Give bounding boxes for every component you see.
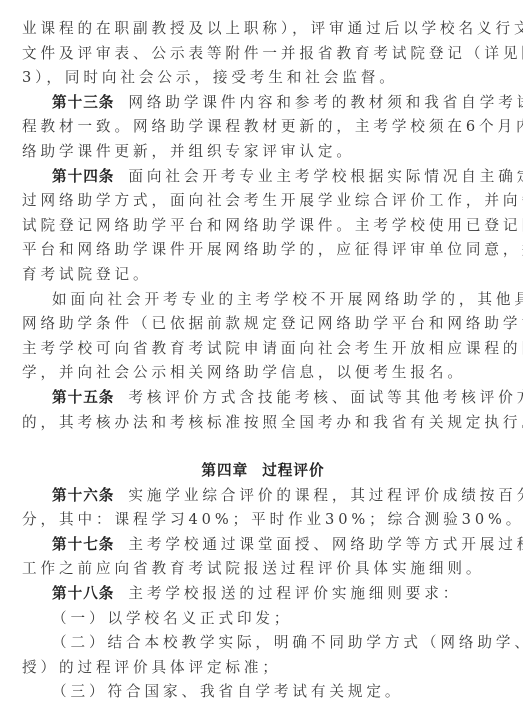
text-line: 网络助学条件（已依据前款规定登记网络助学平台和网络助学课件）的 — [22, 312, 468, 337]
text-line: 网络助学课件内容和参考的教材须和我省自学考试课 — [128, 94, 523, 111]
article-label: 第十四条 — [52, 168, 114, 185]
text-line: 3），同时向社会公示，接受考生和社会监督。 — [22, 66, 468, 91]
text-line: 试院登记网络助学平台和网络助学课件。主考学校使用已登记网络助学 — [22, 214, 468, 239]
text-line: 程教材一致。网络助学课程教材更新的，主考学校须在6个月内完成网 — [22, 115, 468, 140]
text-line: 面向社会开考专业主考学校根据实际情况自主确定通 — [128, 168, 523, 185]
text-line: 实施学业综合评价的课程，其过程评价成绩按百分制计 — [128, 487, 523, 504]
article-18: 第十八条主考学校报送的过程评价实施细则要求： — [22, 582, 468, 607]
chapter-title: 过程评价 — [262, 462, 324, 479]
text-line: 主考学校通过课堂面授、网络助学等方式开展过程评价 — [128, 536, 523, 553]
article-16: 第十六条实施学业综合评价的课程，其过程评价成绩按百分制计 — [22, 484, 468, 509]
text-line: 主考学校报送的过程评价实施细则要求： — [128, 585, 461, 602]
article-label: 第十七条 — [52, 536, 114, 553]
article-label: 第十五条 — [52, 389, 114, 406]
article-17: 第十七条主考学校通过课堂面授、网络助学等方式开展过程评价 — [22, 533, 468, 558]
text-line: 的，其考核办法和考核标准按照全国考办和我省有关规定执行。 — [22, 411, 468, 436]
article-14: 第十四条面向社会开考专业主考学校根据实际情况自主确定通 — [22, 165, 468, 190]
article-15: 第十五条考核评价方式含技能考核、面试等其他考核评价方式 — [22, 386, 468, 411]
text-line: 学，并向社会公示相关网络助学信息，以便考生报名。 — [22, 361, 468, 386]
text-line: 过网络助学方式，面向社会考生开展学业综合评价工作，并向省教育考 — [22, 189, 468, 214]
text-line: 文件及评审表、公示表等附件一并报省教育考试院登记（详见附件1、2、 — [22, 42, 468, 67]
text-line: 考核评价方式含技能考核、面试等其他考核评价方式 — [128, 389, 523, 406]
text-line: 业课程的在职副教授及以上职称），评审通过后以学校名义行文，相关 — [22, 17, 468, 42]
text-line: 平台和网络助学课件开展网络助学的，应征得评审单位同意，并向省教 — [22, 238, 468, 263]
list-item-continuation: 授）的过程评价具体评定标准； — [22, 656, 468, 681]
text-line: 分，其中：课程学习40%；平时作业30%；综合测验30%。 — [22, 508, 468, 533]
text-line: 络助学课件更新，并组织专家评审认定。 — [22, 140, 468, 165]
chapter-number: 第四章 — [201, 462, 248, 479]
list-item: （一）以学校名义正式印发； — [22, 607, 468, 632]
text-line: 工作之前应向省教育考试院报送过程评价具体实施细则。 — [22, 557, 468, 582]
article-label: 第十八条 — [52, 585, 114, 602]
text-line: 育考试院登记。 — [22, 263, 468, 288]
article-label: 第十三条 — [52, 94, 114, 111]
article-13: 第十三条网络助学课件内容和参考的教材须和我省自学考试课 — [22, 91, 468, 116]
chapter-heading: 第四章过程评价 — [22, 459, 468, 484]
text-line: 如面向社会开考专业的主考学校不开展网络助学的，其他具备相关 — [22, 288, 468, 313]
list-item: （三）符合国家、我省自学考试有关规定。 — [22, 680, 468, 705]
list-item: （二）结合本校教学实际，明确不同助学方式（网络助学、课堂面 — [22, 631, 468, 656]
article-label: 第十六条 — [52, 487, 114, 504]
text-line: 主考学校可向省教育考试院申请面向社会考生开放相应课程的网络助 — [22, 337, 468, 362]
document-page: 业课程的在职副教授及以上职称），评审通过后以学校名义行文，相关 文件及评审表、公… — [22, 17, 468, 705]
